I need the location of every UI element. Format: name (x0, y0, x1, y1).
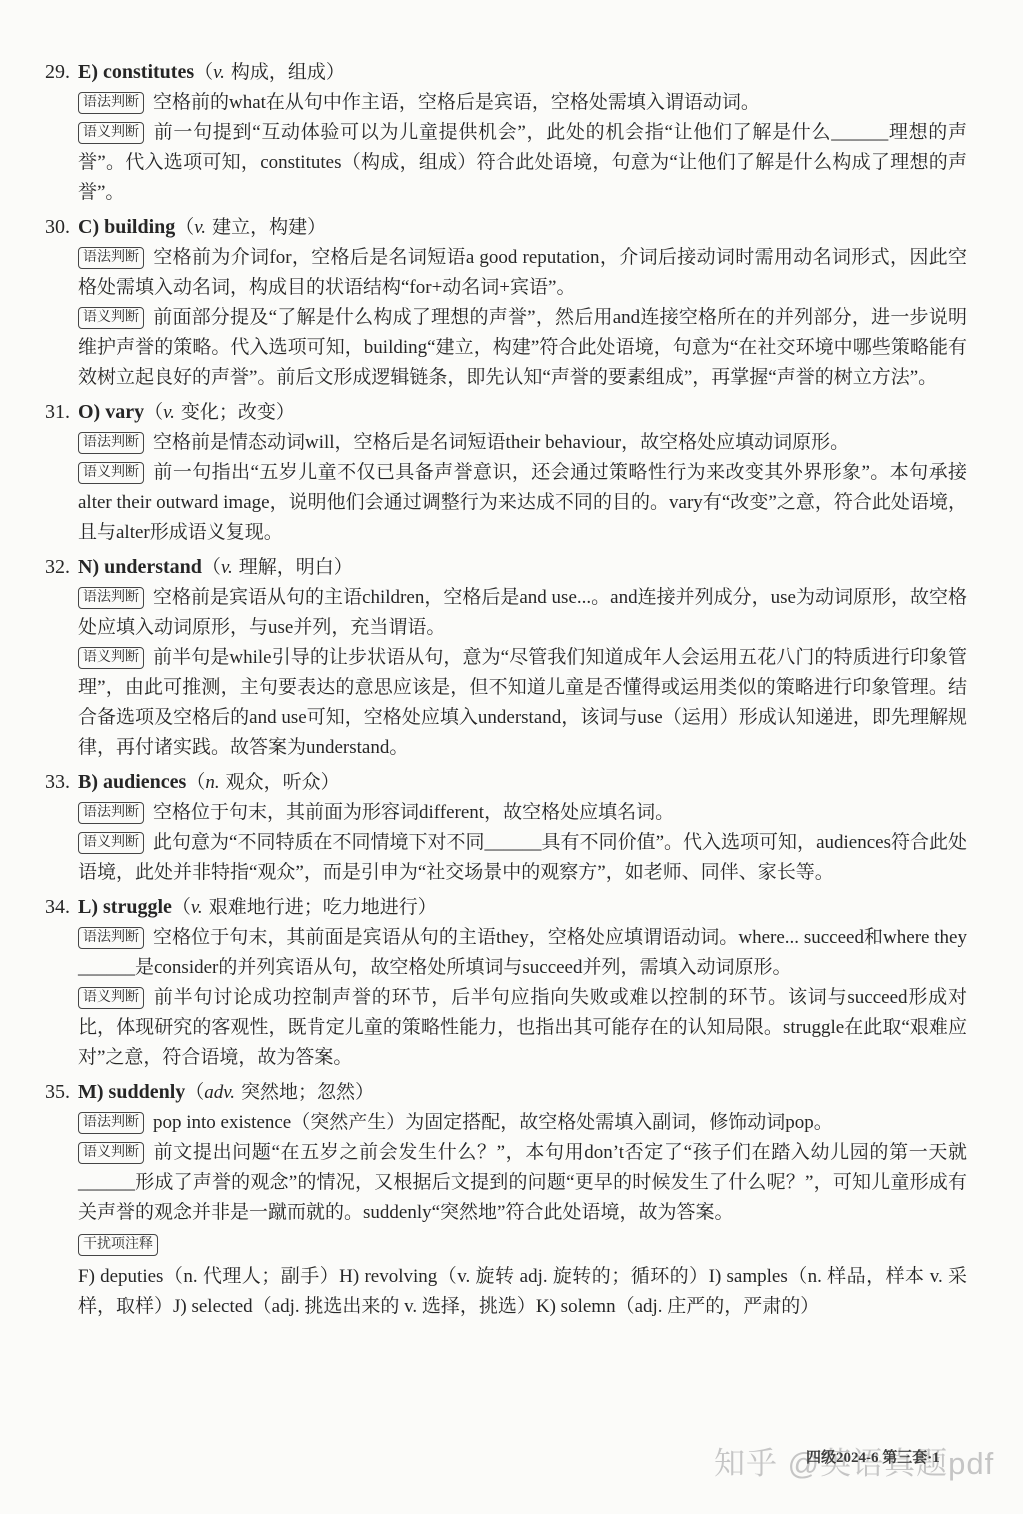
question-number: 34. (45, 892, 78, 922)
grammar-tag: 语法判断 (78, 1112, 144, 1134)
answer-item-29: 29.E) constitutes（v.构成，组成） 语法判断空格前的what在… (45, 57, 967, 208)
part-of-speech: v. (213, 62, 225, 83)
grammar-text: 空格前的what在从句中作主语，空格后是宾语，空格处需填入谓语动词。 (153, 92, 760, 113)
paren-open: （ (186, 772, 205, 793)
paren-close: ） (307, 217, 326, 238)
semantics-section: 语义判断前一句指出“五岁儿童不仅已具备声誉意识，还会通过策略性行为来改变其外界形… (78, 458, 967, 548)
answer-item-34: 34.L) struggle（v.艰难地行进；吃力地进行） 语法判断空格位于句末… (45, 892, 967, 1073)
paren-open: （ (144, 402, 163, 423)
grammar-section: 语法判断空格前的what在从句中作主语，空格后是宾语，空格处需填入谓语动词。 (78, 88, 967, 118)
semantics-tag: 语义判断 (78, 1142, 144, 1164)
semantics-tag: 语义判断 (78, 122, 144, 144)
grammar-section: 语法判断空格位于句末，其前面是宾语从句的主语they，空格处应填谓语动词。whe… (78, 923, 967, 983)
answer-word: O) vary (78, 401, 144, 423)
answer-item-30: 30.C) building（v.建立，构建） 语法判断空格前为介词for，空格… (45, 212, 967, 393)
grammar-text: 空格前为介词for，空格后是名词短语a good reputation，介词后接… (78, 247, 967, 298)
semantics-section: 语义判断前面部分提及“了解是什么构成了理想的声誉”，然后用and连接空格所在的并… (78, 303, 967, 393)
answer-item-31: 31.O) vary（v.变化；改变） 语法判断空格前是情态动词will，空格后… (45, 397, 967, 548)
answer-gloss: （v.构成，组成） (194, 62, 345, 83)
grammar-tag: 语法判断 (78, 432, 144, 454)
semantics-section: 语义判断前半句讨论成功控制声誉的环节，后半句应指向失败或难以控制的环节。该词与s… (78, 983, 967, 1073)
semantics-tag: 语义判断 (78, 832, 144, 854)
grammar-tag: 语法判断 (78, 587, 144, 609)
grammar-section: 语法判断空格前是情态动词will，空格后是名词短语their behaviour… (78, 428, 967, 458)
semantics-text: 前半句讨论成功控制声誉的环节，后半句应指向失败或难以控制的环节。该词与succe… (78, 987, 967, 1068)
paren-open: （ (194, 62, 213, 83)
grammar-tag: 语法判断 (78, 247, 144, 269)
grammar-tag: 语法判断 (78, 92, 144, 114)
semantics-tag: 语义判断 (78, 307, 144, 329)
answer-gloss: （v.变化；改变） (144, 402, 295, 423)
semantics-text: 前一句提到“互动体验可以为儿童提供机会”，此处的机会指“让他们了解是什么____… (78, 122, 967, 203)
question-number: 35. (45, 1077, 78, 1107)
gloss-text: 构成，组成 (231, 62, 326, 83)
answer-explanations: 29.E) constitutes（v.构成，组成） 语法判断空格前的what在… (45, 57, 967, 1326)
question-number: 31. (45, 397, 78, 427)
grammar-text: 空格前是情态动词will，空格后是名词短语their behaviour，故空格… (153, 432, 849, 453)
part-of-speech: v. (191, 897, 203, 918)
part-of-speech: adv. (204, 1082, 235, 1103)
grammar-section: 语法判断pop into existence（突然产生）为固定搭配，故空格处需填… (78, 1108, 967, 1138)
answer-heading: 33.B) audiences（n.观众，听众） (45, 767, 967, 798)
answer-gloss: （v.理解，明白） (202, 557, 353, 578)
grammar-tag: 语法判断 (78, 927, 144, 949)
answer-item-33: 33.B) audiences（n.观众，听众） 语法判断空格位于句末，其前面为… (45, 767, 967, 888)
answer-item-32: 32.N) understand（v.理解，明白） 语法判断空格前是宾语从句的主… (45, 552, 967, 763)
paren-close: ） (321, 772, 340, 793)
answer-heading: 35.M) suddenly（adv.突然地；忽然） (45, 1077, 967, 1108)
distractor-tag: 干扰项注释 (78, 1234, 158, 1256)
gloss-text: 突然地；忽然 (241, 1082, 355, 1103)
question-number: 32. (45, 552, 78, 582)
grammar-tag: 语法判断 (78, 802, 144, 824)
paren-close: ） (355, 1082, 374, 1103)
scanned-answer-page: 29.E) constitutes（v.构成，组成） 语法判断空格前的what在… (0, 0, 1023, 1514)
paren-open: （ (202, 557, 221, 578)
answer-gloss: （adv.突然地；忽然） (185, 1082, 374, 1103)
answer-word: C) building (78, 216, 175, 238)
question-number: 30. (45, 212, 78, 242)
semantics-text: 前面部分提及“了解是什么构成了理想的声誉”，然后用and连接空格所在的并列部分，… (78, 307, 967, 388)
part-of-speech: v. (163, 402, 175, 423)
semantics-section: 语义判断前一句提到“互动体验可以为儿童提供机会”，此处的机会指“让他们了解是什么… (78, 118, 967, 208)
answer-word: N) understand (78, 556, 202, 578)
answer-heading: 31.O) vary（v.变化；改变） (45, 397, 967, 428)
semantics-text: 前文提出问题“在五岁之前会发生什么？”，本句用don’t否定了“孩子们在踏入幼儿… (78, 1142, 967, 1223)
gloss-text: 变化；改变 (181, 402, 276, 423)
gloss-text: 建立，构建 (212, 217, 307, 238)
part-of-speech: v. (194, 217, 206, 238)
answer-word: L) struggle (78, 896, 172, 918)
semantics-section: 语义判断前半句是while引导的让步状语从句，意为“尽管我们知道成年人会运用五花… (78, 643, 967, 763)
question-number: 29. (45, 57, 78, 87)
semantics-tag: 语义判断 (78, 987, 144, 1009)
answer-gloss: （v.建立，构建） (175, 217, 326, 238)
answer-heading: 30.C) building（v.建立，构建） (45, 212, 967, 243)
semantics-text: 此句意为“不同特质在不同情境下对不同______具有不同价值”。代入选项可知，a… (78, 832, 967, 883)
answer-gloss: （n.观众，听众） (186, 772, 339, 793)
answer-heading: 32.N) understand（v.理解，明白） (45, 552, 967, 583)
grammar-text: 空格前是宾语从句的主语children，空格后是and use...。and连接… (78, 587, 967, 638)
grammar-text: 空格位于句末，其前面是宾语从句的主语they，空格处应填谓语动词。where..… (78, 927, 967, 978)
answer-word: M) suddenly (78, 1081, 185, 1103)
part-of-speech: n. (205, 772, 219, 793)
grammar-section: 语法判断空格前为介词for，空格后是名词短语a good reputation，… (78, 243, 967, 303)
answer-word: B) audiences (78, 771, 186, 793)
grammar-section: 语法判断空格位于句末，其前面为形容词different，故空格处应填名词。 (78, 798, 967, 828)
semantics-text: 前一句指出“五岁儿童不仅已具备声誉意识，还会通过策略性行为来改变其外界形象”。本… (78, 462, 967, 543)
paren-close: ） (276, 402, 295, 423)
gloss-text: 艰难地行进；吃力地进行 (209, 897, 418, 918)
semantics-section: 语义判断前文提出问题“在五岁之前会发生什么？”，本句用don’t否定了“孩子们在… (78, 1138, 967, 1228)
semantics-tag: 语义判断 (78, 462, 144, 484)
paren-close: ） (418, 897, 437, 918)
answer-heading: 29.E) constitutes（v.构成，组成） (45, 57, 967, 88)
paren-close: ） (334, 557, 353, 578)
distractor-tag-line: 干扰项注释 (78, 1230, 967, 1260)
distractor-notes: F) deputies（n. 代理人；副手）H) revolving（v. 旋转… (78, 1262, 967, 1322)
answer-heading: 34.L) struggle（v.艰难地行进；吃力地进行） (45, 892, 967, 923)
answer-item-35: 35.M) suddenly（adv.突然地；忽然） 语法判断pop into … (45, 1077, 967, 1322)
answer-gloss: （v.艰难地行进；吃力地进行） (172, 897, 437, 918)
semantics-text: 前半句是while引导的让步状语从句，意为“尽管我们知道成年人会运用五花八门的特… (78, 647, 967, 758)
paren-open: （ (172, 897, 191, 918)
page-footer-label: 四级2024-6 第三套·1 (806, 1446, 940, 1467)
semantics-tag: 语义判断 (78, 647, 144, 669)
paren-close: ） (326, 62, 345, 83)
gloss-text: 理解，明白 (239, 557, 334, 578)
question-number: 33. (45, 767, 78, 797)
grammar-text: pop into existence（突然产生）为固定搭配，故空格处需填入副词，… (153, 1112, 833, 1133)
grammar-section: 语法判断空格前是宾语从句的主语children，空格后是and use...。a… (78, 583, 967, 643)
semantics-section: 语义判断此句意为“不同特质在不同情境下对不同______具有不同价值”。代入选项… (78, 828, 967, 888)
paren-open: （ (175, 217, 194, 238)
part-of-speech: v. (221, 557, 233, 578)
paren-open: （ (185, 1082, 204, 1103)
answer-word: E) constitutes (78, 61, 194, 83)
grammar-text: 空格位于句末，其前面为形容词different，故空格处应填名词。 (153, 802, 674, 823)
gloss-text: 观众，听众 (226, 772, 321, 793)
